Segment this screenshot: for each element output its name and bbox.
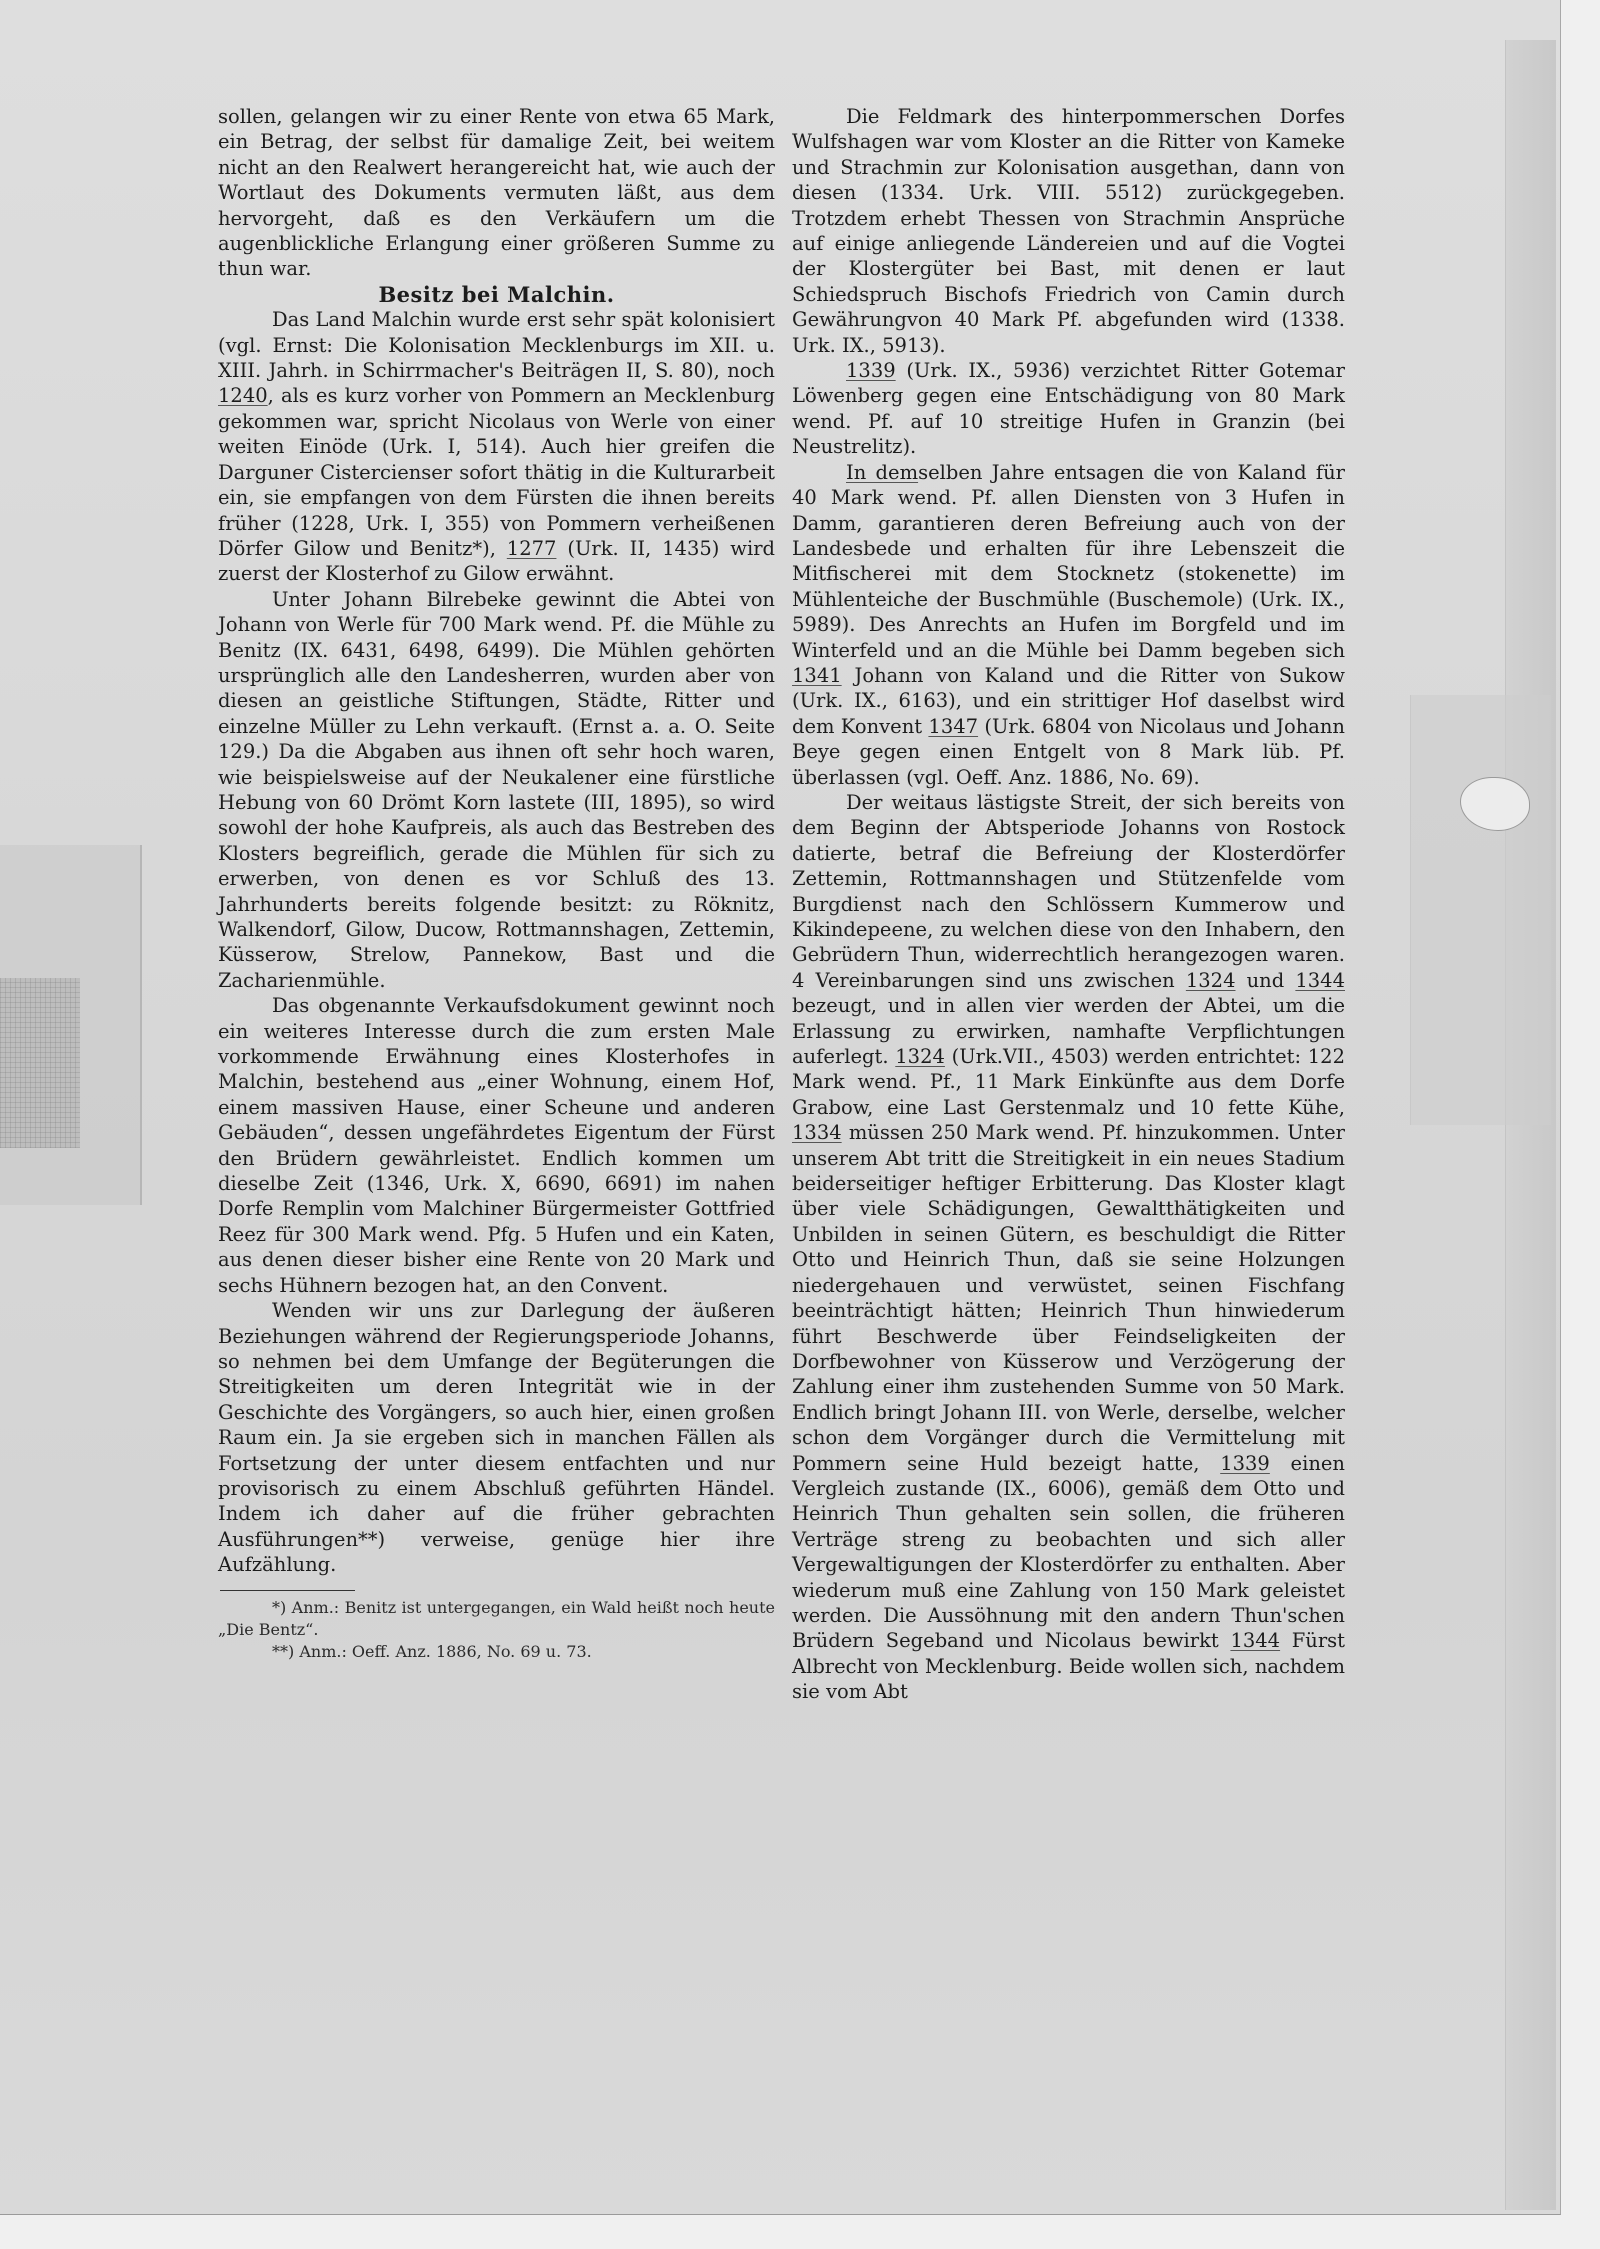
paragraph-malchin: Das Land Malchin wurde erst sehr spät ko…	[218, 307, 775, 586]
paragraph-bilrebeke: Unter Johann Bilrebeke gewinnt die Abtei…	[218, 587, 775, 994]
scanned-page: sollen, gelangen wir zu einer Rente von …	[0, 0, 1561, 2215]
text-run: einen Vergleich zustande (IX., 6006), ge…	[792, 1452, 1345, 1653]
footnote-2: **) Anm.: Oeff. Anz. 1886, No. 69 u. 73.	[218, 1641, 775, 1663]
text-run: müssen 250 Mark wend. Pf. hinzukommen. U…	[792, 1121, 1345, 1474]
footnote-divider	[220, 1590, 355, 1591]
paragraph-loewenberg: 1339 (Urk. IX., 5936) verzichtet Ritter …	[792, 358, 1345, 460]
underlined-year: 1324	[1186, 969, 1236, 992]
text-run: , als es kurz vorher von Pommern an Meck…	[218, 384, 775, 559]
paragraph-wulfshagen: Die Feldmark des hinterpommerschen Dorfe…	[792, 104, 1345, 358]
underlined-year: 1347	[928, 715, 978, 738]
text-run: Der weitaus lästigste Streit, der sich b…	[792, 791, 1345, 992]
underlined-year: 1324	[895, 1045, 945, 1068]
underlined-year: 1339	[846, 359, 896, 382]
underlined-year: 1334	[792, 1121, 842, 1144]
page-edge-strip	[1505, 40, 1556, 2210]
underlined-phrase: In dem	[846, 461, 918, 484]
text-run: selben Jahre entsagen die von Kaland für…	[792, 461, 1345, 662]
paragraph-aeussere-beziehungen: Wenden wir uns zur Darlegung der äußeren…	[218, 1298, 775, 1577]
underlined-year: 1277	[507, 537, 557, 560]
paragraph-verkaufsdokument: Das obgenannte Verkaufsdokument gewinnt …	[218, 993, 775, 1298]
paragraph-continuation: sollen, gelangen wir zu einer Rente von …	[218, 104, 775, 282]
underlined-year: 1344	[1230, 1629, 1280, 1652]
section-heading: Besitz bei Malchin.	[218, 282, 775, 307]
underlined-year: 1339	[1220, 1452, 1270, 1475]
left-column: sollen, gelangen wir zu einer Rente von …	[218, 104, 775, 1663]
tape-repair-right	[1410, 695, 1551, 1125]
underlined-year: 1344	[1295, 969, 1345, 992]
footnote-1: *) Anm.: Benitz ist untergegangen, ein W…	[218, 1597, 775, 1641]
paragraph-kaland: In demselben Jahre entsagen die von Kala…	[792, 460, 1345, 790]
paragraph-thun-streit: Der weitaus lästigste Streit, der sich b…	[792, 790, 1345, 1705]
underlined-year: 1240	[218, 384, 268, 407]
underlined-year: 1341	[792, 664, 842, 687]
text-run: und	[1236, 969, 1296, 992]
right-column: Die Feldmark des hinterpommerschen Dorfe…	[792, 104, 1345, 1705]
gauze-patch-left	[0, 978, 80, 1148]
text-run: Das Land Malchin wurde erst sehr spät ko…	[218, 308, 775, 382]
